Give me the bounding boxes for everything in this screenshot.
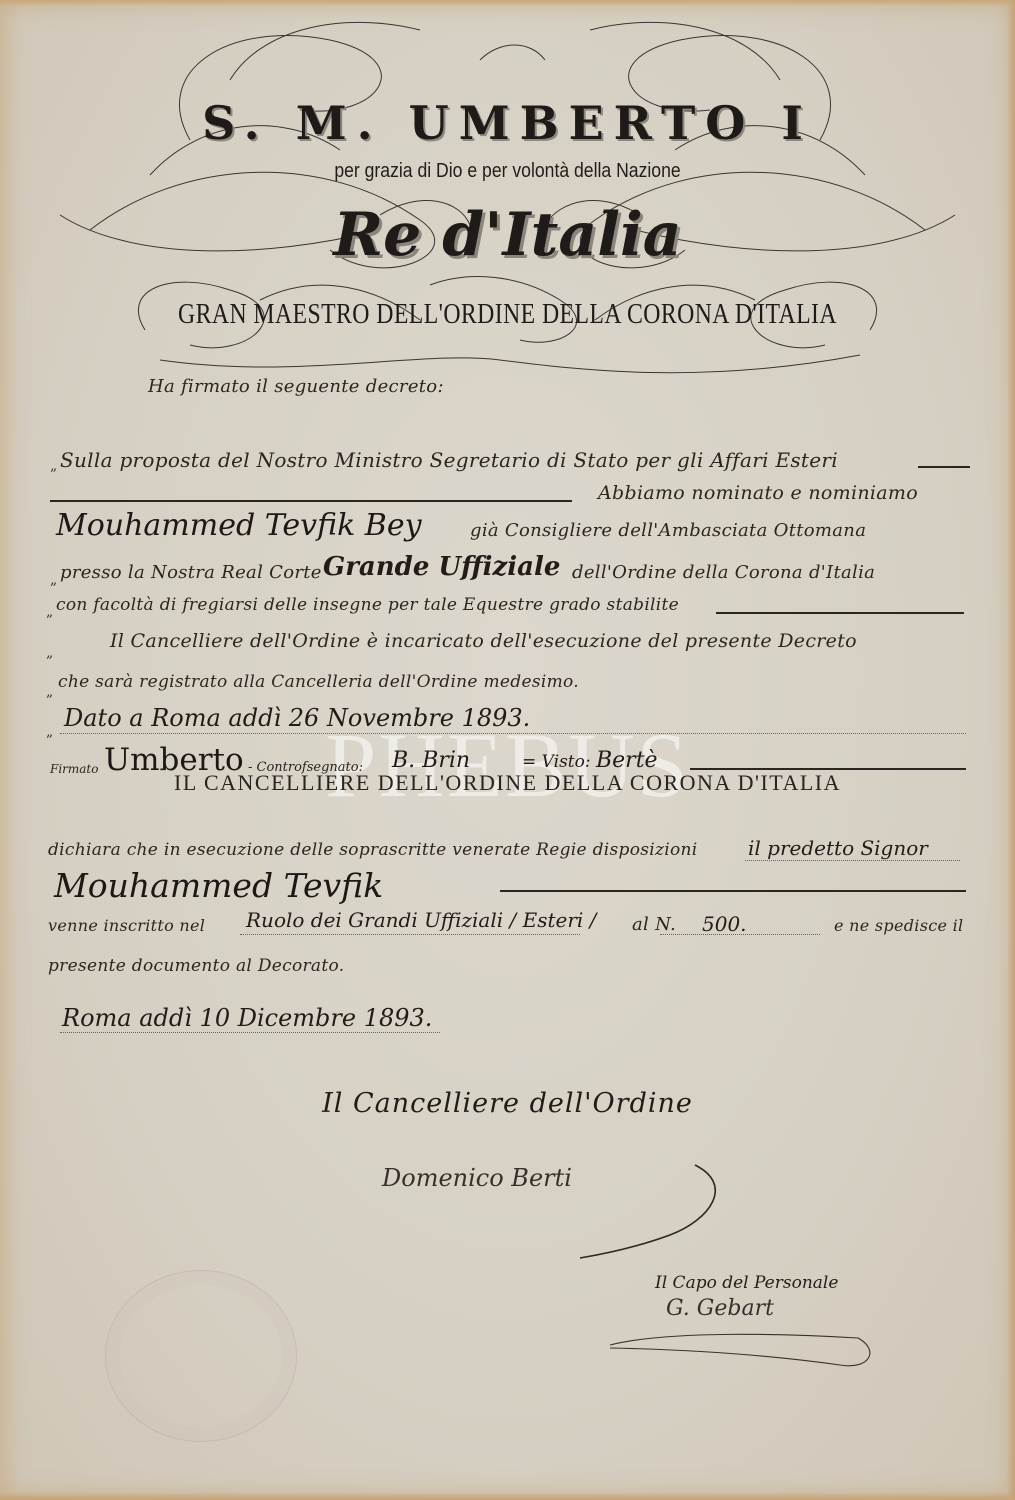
dotted-rule [745, 860, 960, 861]
office-title: GRAN MAESTRO DELL'ORDINE DELLA CORONA D'… [91, 298, 923, 331]
dotted-rule [240, 934, 580, 935]
declaration-recipient-name: Mouhammed Tevfik [54, 866, 383, 905]
dotted-rule [660, 934, 820, 935]
chancellor-signature: Domenico Berti [382, 1164, 572, 1192]
decree-line-5: dell'Ordine della Corona d'Italia [572, 562, 875, 583]
decree-line-7: Il Cancelliere dell'Ordine è incaricato … [110, 630, 857, 652]
dotted-rule [60, 1032, 440, 1033]
recipient-name: Mouhammed Tevfik Bey [56, 508, 422, 543]
decree-line-6: con facoltà di fregiarsi delle insegne p… [56, 595, 679, 615]
fill-rule [716, 612, 964, 614]
declaration-line-3a: venne inscritto nel [48, 916, 205, 935]
declaration-line-3c: e ne spedisce il [834, 916, 963, 935]
signature-flourish-icon [560, 1150, 740, 1260]
declaration-line-1: dichiara che in esecuzione delle soprasc… [48, 840, 698, 860]
fill-rule [500, 890, 966, 892]
declaration-heading: IL CANCELLIERE DELL'ORDINE DELLA CORONA … [0, 770, 1015, 796]
decree-line-8: che sarà registrato alla Cancelleria del… [58, 672, 579, 692]
fill-rule [50, 500, 572, 502]
decree-line-1: Sulla proposta del Nostro Ministro Segre… [60, 448, 838, 472]
declaration-line-3b: al N. [632, 914, 676, 935]
document-title: S. M. UMBERTO I [0, 96, 1015, 150]
quote-mark: „ [50, 572, 57, 588]
quote-mark: „ [46, 645, 53, 661]
declaration-date: Roma addì 10 Dicembre 1893. [62, 1004, 432, 1032]
quote-mark: „ [50, 458, 57, 474]
registry-number: 500. [702, 912, 747, 936]
decree-line-4: presso la Nostra Real Corte [60, 562, 322, 583]
registry-name: Ruolo dei Grandi Uffiziali / Esteri / [246, 908, 596, 932]
declaration-line-4: presente documento al Decorato. [48, 956, 344, 976]
decree-intro: Ha firmato il seguente decreto: [148, 376, 444, 397]
decree-line-3: già Consigliere dell'Ambasciata Ottomana [470, 520, 866, 541]
decree-line-2: Abbiamo nominato e nominiamo [598, 482, 918, 504]
chancellor-title: Il Cancelliere dell'Ordine [0, 1088, 1015, 1119]
quote-mark: „ [46, 684, 53, 700]
declaration-line-1-fill: il predetto Signor [748, 836, 928, 860]
quote-mark: „ [46, 604, 53, 620]
paper-edge-bottom [0, 1492, 1015, 1500]
signature-flourish-icon [590, 1290, 890, 1370]
fill-rule [918, 466, 970, 468]
document-subtitle: per grazia di Dio e per volontà della Na… [61, 160, 954, 183]
royal-title: Re d'Italia [0, 200, 1015, 270]
rank-title: Grande Uffiziale [323, 552, 560, 582]
embossed-seal [105, 1270, 297, 1442]
visto-label: = Visto: [522, 752, 591, 772]
